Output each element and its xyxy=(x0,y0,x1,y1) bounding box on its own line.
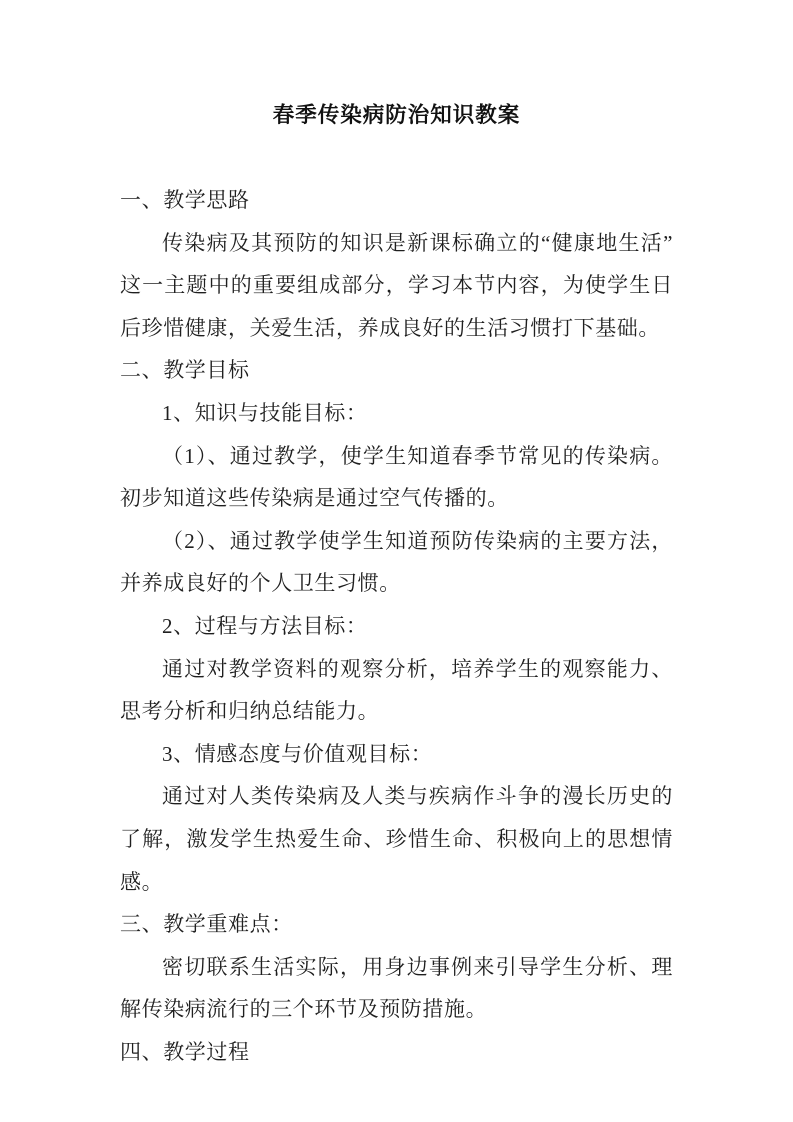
section-heading-3: 三、教学重难点： xyxy=(120,903,673,946)
document-title: 春季传染病防治知识教案 xyxy=(120,94,673,137)
section-heading-2: 二、教学目标 xyxy=(120,349,673,392)
paragraph: （1）、通过教学，使学生知道春季节常见的传染病。初步知道这些传染病是通过空气传播… xyxy=(120,435,673,520)
list-item-2: 2、过程与方法目标： xyxy=(120,605,673,648)
section-heading-1: 一、教学思路 xyxy=(120,179,673,222)
section-heading-4: 四、教学过程 xyxy=(120,1031,673,1074)
document-page: 春季传染病防治知识教案 一、教学思路 传染病及其预防的知识是新课标确立的“健康地… xyxy=(0,0,793,1122)
paragraph: 通过对教学资料的观察分析，培养学生的观察能力、思考分析和归纳总结能力。 xyxy=(120,648,673,733)
paragraph: 密切联系生活实际，用身边事例来引导学生分析、理解传染病流行的三个环节及预防措施。 xyxy=(120,946,673,1031)
list-item-3: 3、情感态度与价值观目标： xyxy=(120,733,673,776)
document-body: 春季传染病防治知识教案 一、教学思路 传染病及其预防的知识是新课标确立的“健康地… xyxy=(120,0,673,1073)
list-item-1: 1、知识与技能目标： xyxy=(120,392,673,435)
paragraph: （2）、通过教学使学生知道预防传染病的主要方法，并养成良好的个人卫生习惯。 xyxy=(120,520,673,605)
paragraph: 传染病及其预防的知识是新课标确立的“健康地生活”这一主题中的重要组成部分，学习本… xyxy=(120,222,673,350)
paragraph: 通过对人类传染病及人类与疾病作斗争的漫长历史的了解，激发学生热爱生命、珍惜生命、… xyxy=(120,775,673,903)
